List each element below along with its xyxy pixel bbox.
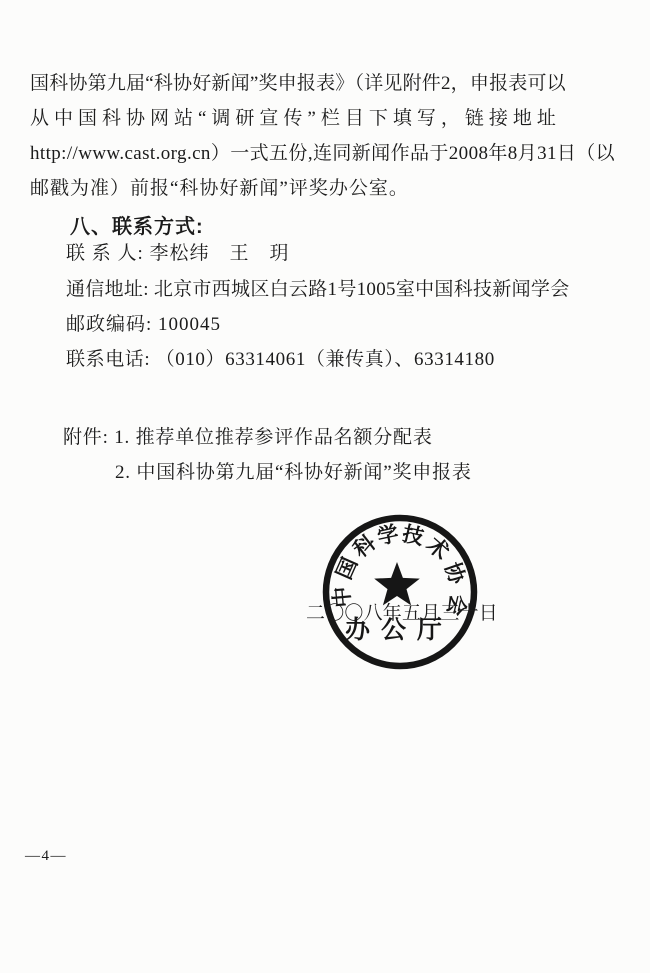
body-paragraph-line-1: 国科协第九届“科协好新闻”奖申报表》（详见附件2，申报表可以 bbox=[30, 73, 566, 95]
contact-phone-line: 联系电话: （010）63314061（兼传真）、63314180 bbox=[66, 349, 495, 371]
contact-address-line: 通信地址: 北京市西城区白云路1号1005室中国科技新闻学会 bbox=[66, 279, 570, 301]
contact-postcode-line: 邮政编码: 100045 bbox=[66, 314, 221, 336]
star-icon bbox=[374, 562, 420, 605]
contact-section-heading: 八、联系方式: bbox=[70, 216, 204, 238]
attachment-item-2: 2. 中国科协第九届“科协好新闻”奖申报表 bbox=[115, 462, 472, 484]
document-date: 二〇〇八年五月三十日 bbox=[306, 603, 498, 625]
official-seal: 中 国 科 学 技 术 协 会 办公厅 bbox=[300, 492, 500, 692]
page-number: —4— bbox=[25, 845, 67, 867]
seal-arc-char: 学 bbox=[375, 521, 401, 549]
contact-person-line: 联 系 人: 李松纬 王 玥 bbox=[66, 243, 290, 265]
seal-arc-char: 技 bbox=[400, 521, 426, 549]
body-paragraph-line-2: 从中国科协网站“调研宣传”栏目下填写，链接地址 bbox=[30, 108, 561, 130]
scanned-document-page: 国科协第九届“科协好新闻”奖申报表》（详见附件2，申报表可以 从中国科协网站“调… bbox=[0, 0, 650, 973]
attachment-item-1: 附件: 1. 推荐单位推荐参评作品名额分配表 bbox=[63, 427, 433, 449]
body-paragraph-line-3: http://www.cast.org.cn）一式五份,连同新闻作品于2008年… bbox=[30, 143, 615, 165]
body-paragraph-line-4: 邮戳为准）前报“科协好新闻”评奖办公室。 bbox=[30, 178, 409, 200]
